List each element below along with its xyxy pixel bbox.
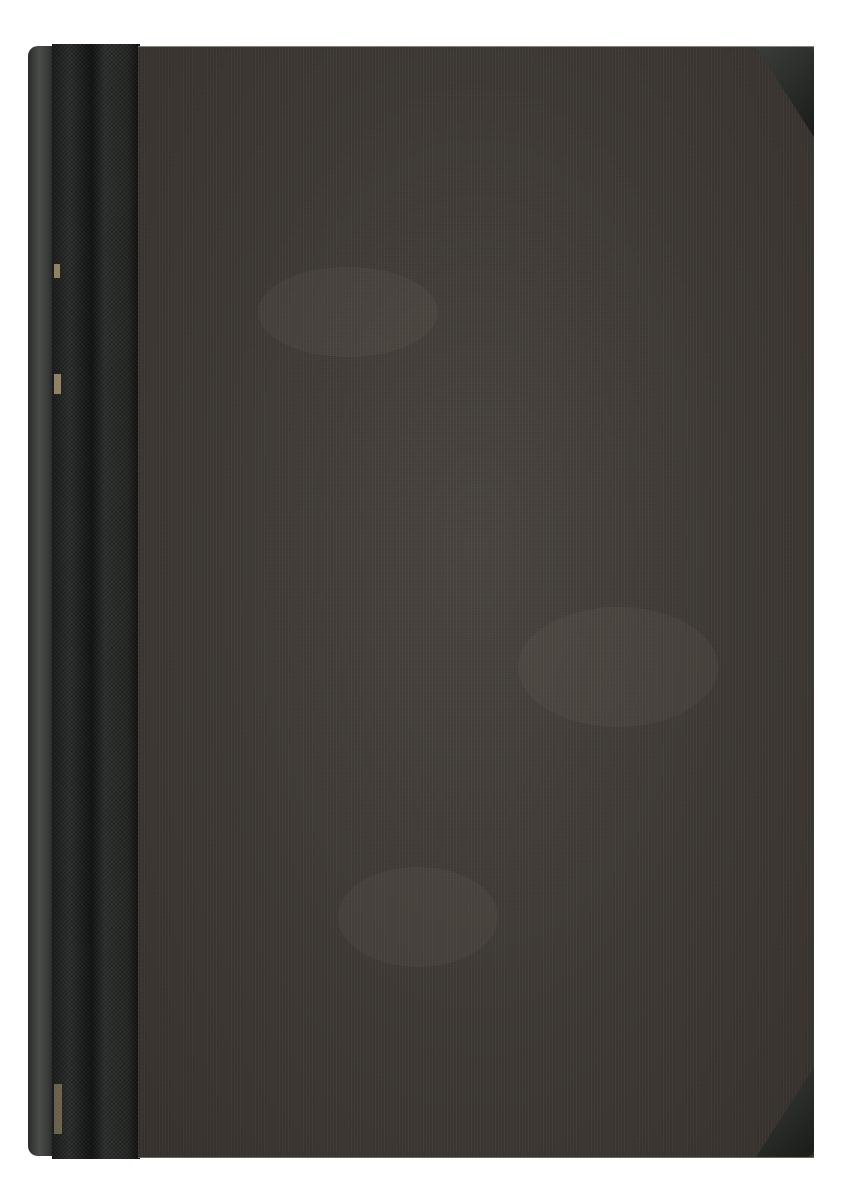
corner-leather-top-right — [756, 47, 814, 137]
spine-leather — [52, 44, 140, 1159]
front-cover — [138, 46, 814, 1158]
gilt-mark — [54, 374, 61, 394]
wear-spot — [338, 867, 498, 967]
corner-leather-bottom-right — [756, 1067, 814, 1157]
wear-spot — [518, 607, 718, 727]
gilt-mark — [54, 1084, 62, 1134]
book — [28, 44, 814, 1159]
gilt-mark — [54, 264, 60, 278]
wear-spot — [258, 267, 438, 357]
